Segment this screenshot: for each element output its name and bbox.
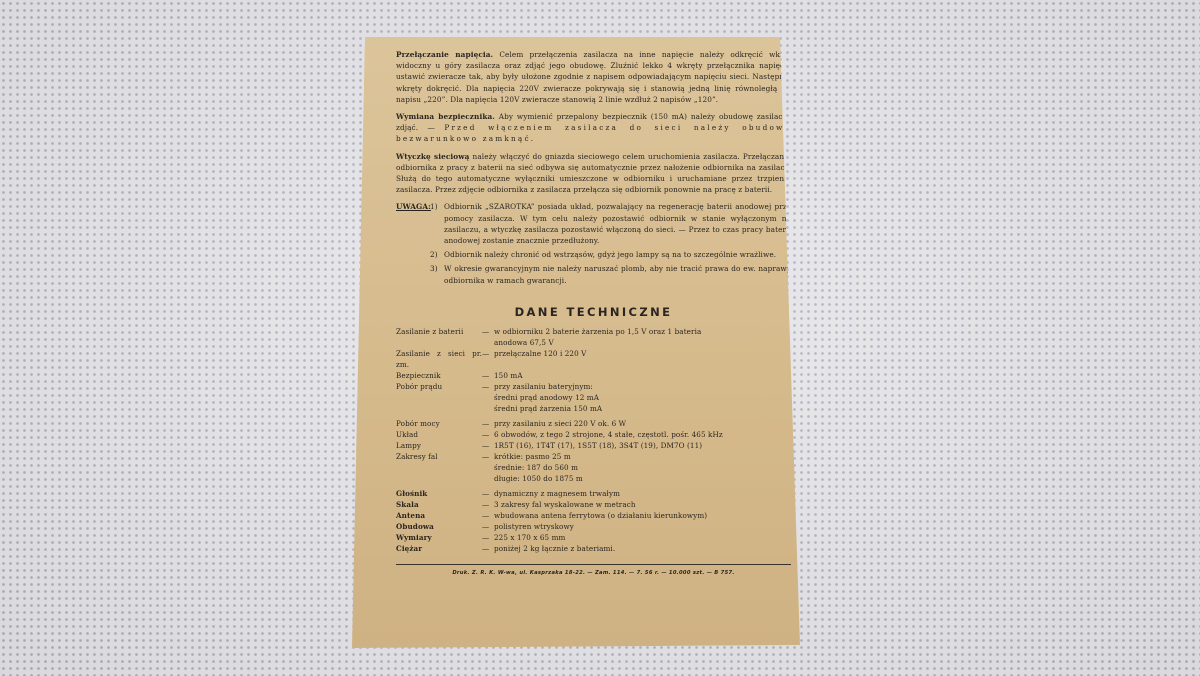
notice-label: UWAGA: xyxy=(396,201,430,249)
spec-row: Bezpiecznik—150 mA xyxy=(396,370,791,381)
spec-value-line: w odbiorniku 2 baterie żarzenia po 1,5 V… xyxy=(494,326,791,337)
spec-dash: — xyxy=(482,348,494,370)
notice-number: 3) xyxy=(430,263,444,288)
paragraph-mains-plug: Wtyczkę sieciową należy włączyć do gniaz… xyxy=(396,151,791,196)
paragraph-heading: Wtyczkę sieciową xyxy=(396,152,469,161)
spec-row: Antena—wbudowana antena ferrytowa (o dzi… xyxy=(396,510,791,521)
specs-title: DANE TECHNICZNE xyxy=(396,307,791,318)
spec-value: krótkie: pasmo 25 mśrednie: 187 do 560 m… xyxy=(494,451,791,484)
spec-value: przy zasilaniu bateryjnym:średni prąd an… xyxy=(494,381,791,414)
spec-value: 3 zakresy fal wyskalowane w metrach xyxy=(494,499,791,510)
paragraph-heading: Przełączanie napięcia. xyxy=(396,50,493,59)
notice-item: W okresie gwarancyjnym nie należy narusz… xyxy=(444,263,791,285)
spec-dash: — xyxy=(482,521,494,532)
spec-value: przełączalne 120 i 220 V xyxy=(494,348,791,370)
specs-table: Zasilanie z baterii—w odbiorniku 2 bater… xyxy=(396,326,791,554)
notice-item: Odbiornik „SZAROTKA” posiada układ, pozw… xyxy=(444,201,791,246)
spec-row: Obudowa—polistyren wtryskowy xyxy=(396,521,791,532)
spec-dash: — xyxy=(482,326,494,348)
spec-label: Ciężar xyxy=(396,543,482,554)
spec-dash: — xyxy=(482,510,494,521)
spec-value-line: poniżej 2 kg łącznie z bateriami. xyxy=(494,543,791,554)
spec-label: Zakresy fal xyxy=(396,451,482,484)
spec-value-line: średni prąd anodowy 12 mA xyxy=(494,392,791,403)
spec-label: Zasilanie z baterii xyxy=(396,326,482,348)
spec-label: Zasilanie z sieci pr. zm. xyxy=(396,348,482,370)
spec-label: Lampy xyxy=(396,440,482,451)
spec-value-line: wbudowana antena ferrytowa (o działaniu … xyxy=(494,510,791,521)
spec-value-line: średni prąd żarzenia 150 mA xyxy=(494,403,791,414)
spec-value: w odbiorniku 2 baterie żarzenia po 1,5 V… xyxy=(494,326,791,348)
spec-value-line: 1R5T (16), 1T4T (17), 1S5T (18), 3S4T (1… xyxy=(494,440,791,451)
spec-row: Zasilanie z baterii—w odbiorniku 2 bater… xyxy=(396,326,791,348)
spec-row: Lampy—1R5T (16), 1T4T (17), 1S5T (18), 3… xyxy=(396,440,791,451)
spec-label: Układ xyxy=(396,429,482,440)
spec-value: 6 obwodów, z tego 2 strojone, 4 stałe, c… xyxy=(494,429,791,440)
spec-value: dynamiczny z magnesem trwałym xyxy=(494,488,791,499)
spec-dash: — xyxy=(482,451,494,484)
spec-value-line: 150 mA xyxy=(494,370,791,381)
spec-dash: — xyxy=(482,418,494,429)
notice-item: Odbiornik należy chronić od wstrząsów, g… xyxy=(444,249,791,260)
spec-value-line: przy zasilaniu z sieci 220 V ok. 6 W xyxy=(494,418,791,429)
spec-value-line: 6 obwodów, z tego 2 strojone, 4 stałe, c… xyxy=(494,429,791,440)
paragraph-fuse-replacement: Wymiana bezpiecznika. Aby wymienić przep… xyxy=(396,111,791,145)
spec-value-line: dynamiczny z magnesem trwałym xyxy=(494,488,791,499)
spec-row: Pobór mocy—przy zasilaniu z sieci 220 V … xyxy=(396,418,791,429)
spec-label: Pobór prądu xyxy=(396,381,482,414)
spec-value: polistyren wtryskowy xyxy=(494,521,791,532)
spec-row: Pobór prądu—przy zasilaniu bateryjnym:śr… xyxy=(396,381,791,414)
spec-row: Układ—6 obwodów, z tego 2 strojone, 4 st… xyxy=(396,429,791,440)
spec-label: Głośnik xyxy=(396,488,482,499)
spec-label: Antena xyxy=(396,510,482,521)
spec-label: Skala xyxy=(396,499,482,510)
spec-label: Wymiary xyxy=(396,532,482,543)
printer-imprint: Druk. Z. R. K. W-wa, ul. Kasprzaka 18-22… xyxy=(396,568,791,579)
spec-value: przy zasilaniu z sieci 220 V ok. 6 W xyxy=(494,418,791,429)
instruction-sheet: Przełączanie napięcia. Celem przełączeni… xyxy=(352,37,800,648)
spec-row: Głośnik—dynamiczny z magnesem trwałym xyxy=(396,488,791,499)
spec-row: Ciężar—poniżej 2 kg łącznie z bateriami. xyxy=(396,543,791,554)
spec-value-line: polistyren wtryskowy xyxy=(494,521,791,532)
spec-value: 1R5T (16), 1T4T (17), 1S5T (18), 3S4T (1… xyxy=(494,440,791,451)
spec-dash: — xyxy=(482,488,494,499)
spec-dash: — xyxy=(482,381,494,414)
spec-value-line: 225 x 170 x 65 mm xyxy=(494,532,791,543)
spec-value-line: średnie: 187 do 560 m xyxy=(494,462,791,473)
spec-value-line: długie: 1050 do 1875 m xyxy=(494,473,791,484)
spec-label: Obudowa xyxy=(396,521,482,532)
footer-divider xyxy=(396,564,791,565)
sheet-content: Przełączanie napięcia. Celem przełączeni… xyxy=(396,49,791,579)
spec-row: Zasilanie z sieci pr. zm.—przełączalne 1… xyxy=(396,348,791,370)
spec-row: Wymiary—225 x 170 x 65 mm xyxy=(396,532,791,543)
spec-value-line: krótkie: pasmo 25 m xyxy=(494,451,791,462)
spec-value: poniżej 2 kg łącznie z bateriami. xyxy=(494,543,791,554)
spec-dash: — xyxy=(482,440,494,451)
spec-value-line: przełączalne 120 i 220 V xyxy=(494,348,791,359)
spec-dash: — xyxy=(482,543,494,554)
spec-dash: — xyxy=(482,532,494,543)
paragraph-voltage-switch: Przełączanie napięcia. Celem przełączeni… xyxy=(396,49,791,105)
paragraph-warning-text: Przed włączeniem zasilacza do sieci nale… xyxy=(396,123,791,143)
spec-value: 225 x 170 x 65 mm xyxy=(494,532,791,543)
spec-dash: — xyxy=(482,499,494,510)
paragraph-heading: Wymiana bezpiecznika. xyxy=(396,112,495,121)
spec-value: 150 mA xyxy=(494,370,791,381)
spec-value-line: przy zasilaniu bateryjnym: xyxy=(494,381,791,392)
spec-value: wbudowana antena ferrytowa (o działaniu … xyxy=(494,510,791,521)
spec-value-line: anodowa 67,5 V xyxy=(494,337,791,348)
spec-value-line: 3 zakresy fal wyskalowane w metrach xyxy=(494,499,791,510)
notice-section: UWAGA: 1) Odbiornik „SZAROTKA” posiada u… xyxy=(396,201,791,288)
spec-dash: — xyxy=(482,429,494,440)
spec-dash: — xyxy=(482,370,494,381)
spec-row: Skala—3 zakresy fal wyskalowane w metrac… xyxy=(396,499,791,510)
spec-label: Bezpiecznik xyxy=(396,370,482,381)
spec-label: Pobór mocy xyxy=(396,418,482,429)
spec-row: Zakresy fal—krótkie: pasmo 25 mśrednie: … xyxy=(396,451,791,484)
notice-number: 1) xyxy=(430,201,444,249)
notice-number: 2) xyxy=(430,249,444,263)
